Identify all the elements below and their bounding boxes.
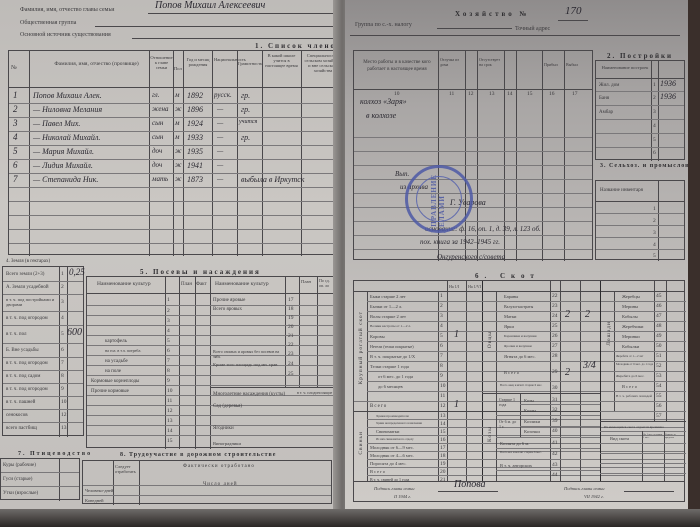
row-line (354, 179, 592, 180)
row-number: 22 (552, 293, 558, 299)
row-label-horse-days: Конедней (85, 497, 103, 504)
row-number: 57 (656, 413, 662, 419)
row-number: 53 (656, 373, 662, 379)
row-number: 7 (440, 353, 443, 359)
col-divider (139, 461, 140, 505)
signature-label: Подпись главы семьи (374, 485, 414, 492)
row-line (482, 393, 600, 394)
row-line (87, 355, 335, 356)
row-number: 13 (61, 425, 67, 431)
livestock-row-label: В т. ч. покрытые до 1/X (370, 353, 415, 360)
row-line (496, 448, 600, 449)
sowing-table: Наименование культур План Факт Наименова… (86, 276, 336, 448)
head-of-family-label: Фамилия, имя, отчество главы семьи (20, 7, 114, 14)
column-number: 15 (527, 91, 533, 97)
row-line (496, 415, 600, 416)
col-header-actual: Фактически отработано (183, 463, 255, 470)
col-divider (600, 281, 601, 481)
row-line (600, 411, 686, 412)
header-divider (354, 291, 684, 292)
row-number: 3 (653, 230, 656, 236)
livestock-row-label: Быки старше 2 лет (370, 293, 406, 300)
col-divider (496, 291, 497, 481)
sowing-row-label: Всего озимых и яровых без посевов на зяб… (213, 349, 283, 359)
livestock-row-label: Козлы (524, 407, 536, 414)
row-number: 4 (653, 123, 656, 129)
row-line (496, 351, 600, 352)
row-line (496, 470, 600, 471)
row-line (354, 481, 684, 482)
signature-date-right: VII 1942 г. (584, 493, 604, 500)
livestock-row-label: Хряки неопределенного назначения (376, 420, 422, 427)
row-number: 46 (656, 303, 662, 309)
row-number: 54 (656, 383, 662, 389)
row-line (600, 443, 686, 444)
section8-title: 8. Трудоучастие в дорожном строительстве (120, 452, 276, 458)
row-line (87, 385, 335, 386)
row-line (600, 421, 686, 422)
col-header-workplace: Место работы и в качестве кого работает … (358, 59, 436, 73)
section7-title: 7. Птицеводство (18, 451, 92, 457)
row-line (614, 331, 686, 332)
building-label: Баня (599, 95, 609, 102)
sowing-row-label: на поле (105, 368, 121, 375)
row-number: 18 (288, 306, 294, 312)
row-line (87, 415, 335, 416)
vineyard-label: Виноградники (213, 440, 241, 447)
row-number: 11 (167, 398, 172, 404)
row-number: 42 (552, 451, 558, 457)
livestock-row-label: В т. ч. рабочих лошадей (616, 393, 652, 400)
row-number: 21 (440, 477, 446, 483)
land-row-label: Б. Вне усадьбы (6, 347, 39, 354)
col-divider (542, 51, 543, 261)
row-number: 22 (288, 342, 294, 348)
row-line (600, 473, 686, 474)
livestock-row-label: Нетели (телки покрытые) (370, 343, 414, 350)
row-line (87, 325, 335, 326)
row-line (520, 404, 600, 405)
column-number: 13 (489, 91, 495, 97)
col-header-given-out: Отдано за пределы (665, 433, 685, 439)
land-row-label: в т. ч. под садом (6, 373, 40, 380)
row-number: 6 (440, 343, 443, 349)
sowing-row-label: Прочие кормовые (91, 388, 129, 395)
row-line (87, 335, 335, 336)
row-line (3, 409, 83, 410)
col-header-livestock-kind: Вид скота (610, 435, 629, 442)
row-number: 8 (167, 368, 170, 374)
cattle-total-count: 1 (454, 399, 459, 410)
livestock-row-label: Матки (504, 313, 516, 320)
header-divider (596, 201, 684, 202)
row-number: 41 (552, 440, 558, 446)
livestock-row-label: В т. ч. ангорских (500, 462, 532, 469)
row-number: 4 (440, 323, 443, 329)
section1-title: 1. Список членов семьи (255, 42, 345, 50)
col-header-name: Фамилия, имя, отчество (прозвище) (49, 61, 144, 68)
table-row: 1 Попов Михаил Алек. гл. м 1892 русск. г… (9, 90, 345, 104)
road-labour-table: Следует отработать Фактически отработано… (82, 460, 332, 504)
signature-label-right: Подпись главы семьи (564, 485, 604, 492)
col-header-literacy: Грамотность (238, 61, 262, 66)
row-line (9, 215, 344, 216)
land-plot-value: 600 (67, 327, 82, 338)
row-number: 14 (167, 428, 173, 434)
perennial-label: Многолетние насаждения (кусты) (213, 391, 285, 398)
sowing-row-label: на гол. в т.ч. потребл. (105, 347, 141, 354)
column-number: 14 (507, 91, 513, 97)
row-number: 31 (552, 397, 558, 403)
land-total-value: 0,25 (69, 267, 85, 277)
row-number: 9 (440, 373, 443, 379)
row-line (367, 475, 684, 476)
row-line (354, 221, 592, 222)
row-line (367, 435, 684, 436)
column-number: 12 (468, 91, 474, 97)
land-row-label: Всего земли (2+3) (6, 271, 44, 278)
row-line (614, 351, 686, 352)
row-number: 5 (167, 338, 170, 344)
row-line (614, 371, 686, 372)
row-number: 2 (653, 218, 656, 224)
income-source-label: Основной источник существования (20, 32, 111, 39)
row-line (614, 301, 686, 302)
row-line (87, 425, 335, 426)
row-number: 50 (656, 343, 662, 349)
building-year: 1936 (660, 92, 676, 101)
livestock-row-label: Поросята до 4 мес. (370, 460, 406, 467)
row-number: 45 (656, 293, 662, 299)
row-number: 4 (653, 242, 656, 248)
row-number: 1 (61, 271, 64, 277)
col-divider (658, 61, 659, 161)
sheep-total-jan: 2 (565, 367, 570, 378)
row-number: 12 (61, 412, 67, 418)
col-divider (195, 277, 196, 449)
row-line (354, 137, 592, 138)
col-header-plan: План (181, 281, 192, 288)
livestock-row-label: Козлики (524, 418, 540, 425)
land-row-label: сенокосов (6, 412, 28, 419)
row-line (600, 453, 686, 454)
row-number: 55 (656, 393, 662, 399)
row-number: 12 (167, 408, 173, 414)
row-number: 2 (440, 303, 443, 309)
book-edge (688, 0, 700, 527)
row-number: 3 (653, 109, 656, 115)
livestock-row-label: Всего овец и ягнят старше 6 мес. (500, 383, 548, 387)
field-line (148, 13, 338, 14)
row-line (354, 151, 592, 152)
row-line (354, 165, 592, 166)
col-header-absence: Отлучка из дома (440, 57, 464, 67)
sheep-total-jun: 3/4 (583, 361, 597, 371)
field-line (350, 35, 680, 36)
row-number: 21 (288, 333, 294, 339)
col-header-plan-2: План (301, 278, 311, 285)
land-row-label: всего пастбищ (6, 425, 37, 432)
row-line (496, 459, 600, 460)
inventory-table: Название инвентаря 1 2 3 4 5 (595, 180, 685, 260)
row-number: 49 (656, 333, 662, 339)
livestock-row-label: Ярочки и валушки (504, 343, 532, 350)
col-header-required: Следует отработать (115, 464, 137, 474)
row-number: 11 (440, 393, 445, 399)
col-header-absent-term: Отсутствует на срок (479, 57, 503, 67)
livestock-row-label: Меринки (622, 333, 640, 340)
row-line (596, 213, 684, 214)
building-label: Жил. дом (599, 82, 619, 89)
field-line (437, 28, 512, 29)
livestock-total-label: Всего (504, 369, 520, 376)
col-header-fact: Факт (196, 281, 207, 288)
header-divider (9, 87, 344, 88)
sowing-row-label: Всего яровых (213, 306, 242, 313)
col-divider (564, 51, 565, 261)
row-number: 23 (288, 351, 294, 357)
livestock-row-label: Молодняк от 6—9 мес. (370, 444, 414, 451)
field-line (132, 38, 338, 39)
row-number: 26 (552, 333, 558, 339)
row-number: 1 (653, 206, 656, 212)
row-number: 30 (552, 385, 558, 391)
row-line (9, 201, 344, 202)
row-number: 6 (653, 150, 656, 156)
sowing-row-label: Прочие яровые (213, 297, 245, 304)
row-number: 40 (552, 428, 558, 434)
row-number: 5 (61, 331, 64, 337)
row-line (614, 311, 686, 312)
row-number: 5 (653, 253, 656, 259)
section6-title: 6. Скот (475, 272, 540, 280)
row-number: 3 (440, 313, 443, 319)
archive-note-6: Онгуренского с/совета (437, 253, 505, 261)
row-number: 1 (653, 82, 656, 88)
row-number: 6 (61, 347, 64, 353)
row-number: 39 (552, 418, 558, 424)
col-header-left: Выбыл (566, 61, 578, 68)
row-line (87, 365, 335, 366)
row-line (354, 193, 592, 194)
pig-group-label: Свиньи (358, 431, 364, 455)
land-row-label: в т. ч. пашней (6, 399, 35, 406)
row-line (520, 426, 600, 427)
table-row: 6 — Лидия Михайл. доч ж 1941 — (9, 160, 345, 174)
livestock-row-label: Бараны (504, 293, 518, 300)
goat-age-group-label: Старше 1 года (499, 397, 519, 407)
table-surface (0, 509, 700, 527)
poultry-row-label: Утки (взрослые) (3, 490, 38, 497)
livestock-row-label: Мерины (622, 303, 638, 310)
signature-line (624, 491, 674, 492)
livestock-row-label: Ярки (504, 323, 514, 330)
row-line (596, 119, 684, 120)
row-number: 23 (552, 303, 558, 309)
row-number: 2 (653, 95, 656, 101)
row-number: 24 (288, 361, 294, 367)
row-line (496, 437, 600, 438)
col-header-school: В какой школе учится в настоящее время (263, 53, 300, 68)
row-line (3, 396, 83, 397)
sowing-row-label: картофель (105, 338, 127, 345)
column-number: 17 (572, 91, 578, 97)
row-number: 13 (167, 418, 173, 424)
livestock-row-label: Телки старше 1 года (370, 363, 409, 370)
row-number: 10 (440, 383, 446, 389)
row-number: 56 (656, 403, 662, 409)
goat-group-label: Козы (487, 426, 493, 442)
row-line (596, 105, 684, 106)
col-header-jan: На 1/I (449, 283, 459, 290)
livestock-row-label: Валухи-кастраты (504, 303, 533, 310)
header-divider (87, 293, 335, 294)
row-number: 9 (61, 386, 64, 392)
livestock-row-label: от 6 мес. до 1 года (378, 373, 413, 380)
col-header-culture: Наименование культур (97, 281, 151, 288)
row-line (87, 315, 335, 316)
row-line (87, 375, 335, 376)
row-number: 27 (552, 343, 558, 349)
row-line (596, 147, 684, 148)
row-line (614, 341, 686, 342)
row-line (1, 472, 79, 473)
row-number: 4 (61, 315, 64, 321)
row-number: 1 (440, 293, 443, 299)
livestock-row-label: Волы старше 2 лет (370, 313, 406, 320)
row-line (3, 383, 83, 384)
signature-line (438, 491, 498, 492)
land-row-label: в т. ч. пол (6, 331, 27, 338)
col-header-nationality: Национальность (214, 57, 236, 62)
row-number: 1 (167, 297, 170, 303)
row-line (3, 357, 83, 358)
building-year: 1936 (660, 79, 676, 88)
livestock-row-label: до 6 месяцев (378, 383, 403, 390)
land-row-label: в т. ч. под постройками и дворами (6, 297, 58, 307)
row-line (496, 341, 600, 342)
row-line (614, 381, 686, 382)
livestock-row-label: Козы (524, 397, 534, 404)
row-line (210, 387, 335, 388)
archive-stamp: УПРАВЛЕНИЕ ДЕЛАМИ (405, 165, 473, 233)
row-number: 8 (440, 363, 443, 369)
ewes-count-jan: 2 (565, 309, 570, 320)
livestock-row-label: Кобылки (622, 343, 639, 350)
right-page: Хозяйство № 170 Группа по с.-х. налогу Т… (345, 0, 690, 522)
row-number: 19 (288, 315, 294, 321)
col-header-sex: Пол (174, 65, 182, 72)
row-line (3, 325, 83, 326)
row-line (83, 495, 331, 496)
livestock-row-label: Всего коз и козлят старше 6 мес. (500, 450, 548, 454)
col-header-inventory: Название инвентаря (600, 187, 643, 194)
land-row-label: в т. ч. под огородом (6, 386, 48, 393)
row-line (83, 485, 331, 486)
row-line (596, 133, 684, 134)
col-divider (165, 277, 166, 449)
row-line (9, 243, 344, 244)
livestock-row-label: Бычки от 1—2 л. (370, 303, 402, 310)
section4-caption: 4. Земля (в гектарах) (6, 258, 50, 265)
col-divider (113, 461, 114, 505)
row-line (496, 381, 600, 382)
row-label-person-days: Человеко-дней (85, 487, 113, 494)
building-label: Амбар (599, 109, 613, 116)
livestock-row-label: Свиноматки (376, 428, 399, 435)
row-line (1, 486, 79, 487)
row-line (87, 435, 335, 436)
row-line (3, 311, 83, 312)
row-number: 9 (167, 378, 170, 384)
household-number: 170 (565, 5, 582, 17)
row-number: 6 (167, 348, 170, 354)
row-number: 43 (552, 462, 558, 468)
field-line (558, 20, 588, 21)
livestock-table: Крупный рогатый скот Свиньи На 1/I На 1/… (353, 280, 685, 502)
livestock-row-label: Молодняк от 4—6 мес. (370, 452, 414, 459)
row-line (354, 235, 592, 236)
land-table: Всего земли (2+3) 1 0,25 А. Земли усадеб… (2, 266, 84, 436)
row-line (600, 401, 686, 402)
address-label: Точный адрес (515, 26, 550, 33)
livestock-row-label: Жеребята от 1—2 лет (616, 353, 643, 360)
livestock-row-label: Ягнята до 6 мес. (504, 353, 536, 360)
col-divider (210, 277, 211, 449)
row-number: 4 (167, 328, 170, 334)
buildings-table: Наименование построек Жил. дом 1 1936 Ба… (595, 60, 685, 160)
col-header-num: № (11, 65, 17, 72)
row-number: 52 (656, 363, 662, 369)
header-divider (354, 89, 592, 90)
col-header-jun: На 1/VI (468, 283, 481, 290)
row-number: 5 (653, 137, 656, 143)
col-header-building: Наименование построек (600, 65, 650, 70)
row-line (3, 370, 83, 371)
row-line (87, 405, 335, 406)
row-number: 29 (552, 369, 558, 375)
row-number: 48 (656, 323, 662, 329)
tax-group-label: Группа по с.-х. налогу (355, 22, 412, 29)
cows-count: 1 (454, 329, 459, 340)
row-number: 12 (440, 403, 446, 409)
row-number: 25 (288, 371, 294, 377)
ewes-count-jun: 2 (585, 309, 590, 320)
section3-title: 3. Сельхоз. и промысловый инвентарь (600, 163, 690, 169)
livestock-row-label: Жеребчики (622, 323, 643, 330)
poultry-table: Куры (рабочие) Гуси (старые) Утки (взрос… (0, 458, 80, 500)
sowing-row-label: Кроме того площадь под мн. трав (213, 361, 277, 368)
livestock-row-label: Козочки (524, 428, 540, 435)
section5-title: 5. Посевы и насаждения (140, 268, 261, 276)
stamp-text: УПРАВЛЕНИЕ ДЕЛАМИ (430, 174, 446, 233)
row-number: 17 (288, 297, 294, 303)
row-number: 32 (552, 407, 558, 413)
left-page: Фамилия, имя, отчество главы семьи Попов… (0, 0, 345, 510)
row-number: 3 (61, 299, 64, 305)
col-divider (438, 291, 439, 481)
goat-age-group-label: От 6 м. до 1 г. (499, 419, 519, 429)
livestock-row-label: Жеребцы (622, 293, 640, 300)
row-number: 2 (167, 308, 170, 314)
row-line (354, 249, 592, 250)
table-row: 3 — Павел Мих. сын м 1924 — учится (9, 118, 345, 132)
col-header-birth: Год и месяц рождения (185, 57, 211, 67)
row-line (596, 249, 684, 250)
column-number: 11 (449, 91, 454, 97)
row-number: 5 (440, 333, 443, 339)
horse-group-label: Лошади (606, 321, 612, 346)
